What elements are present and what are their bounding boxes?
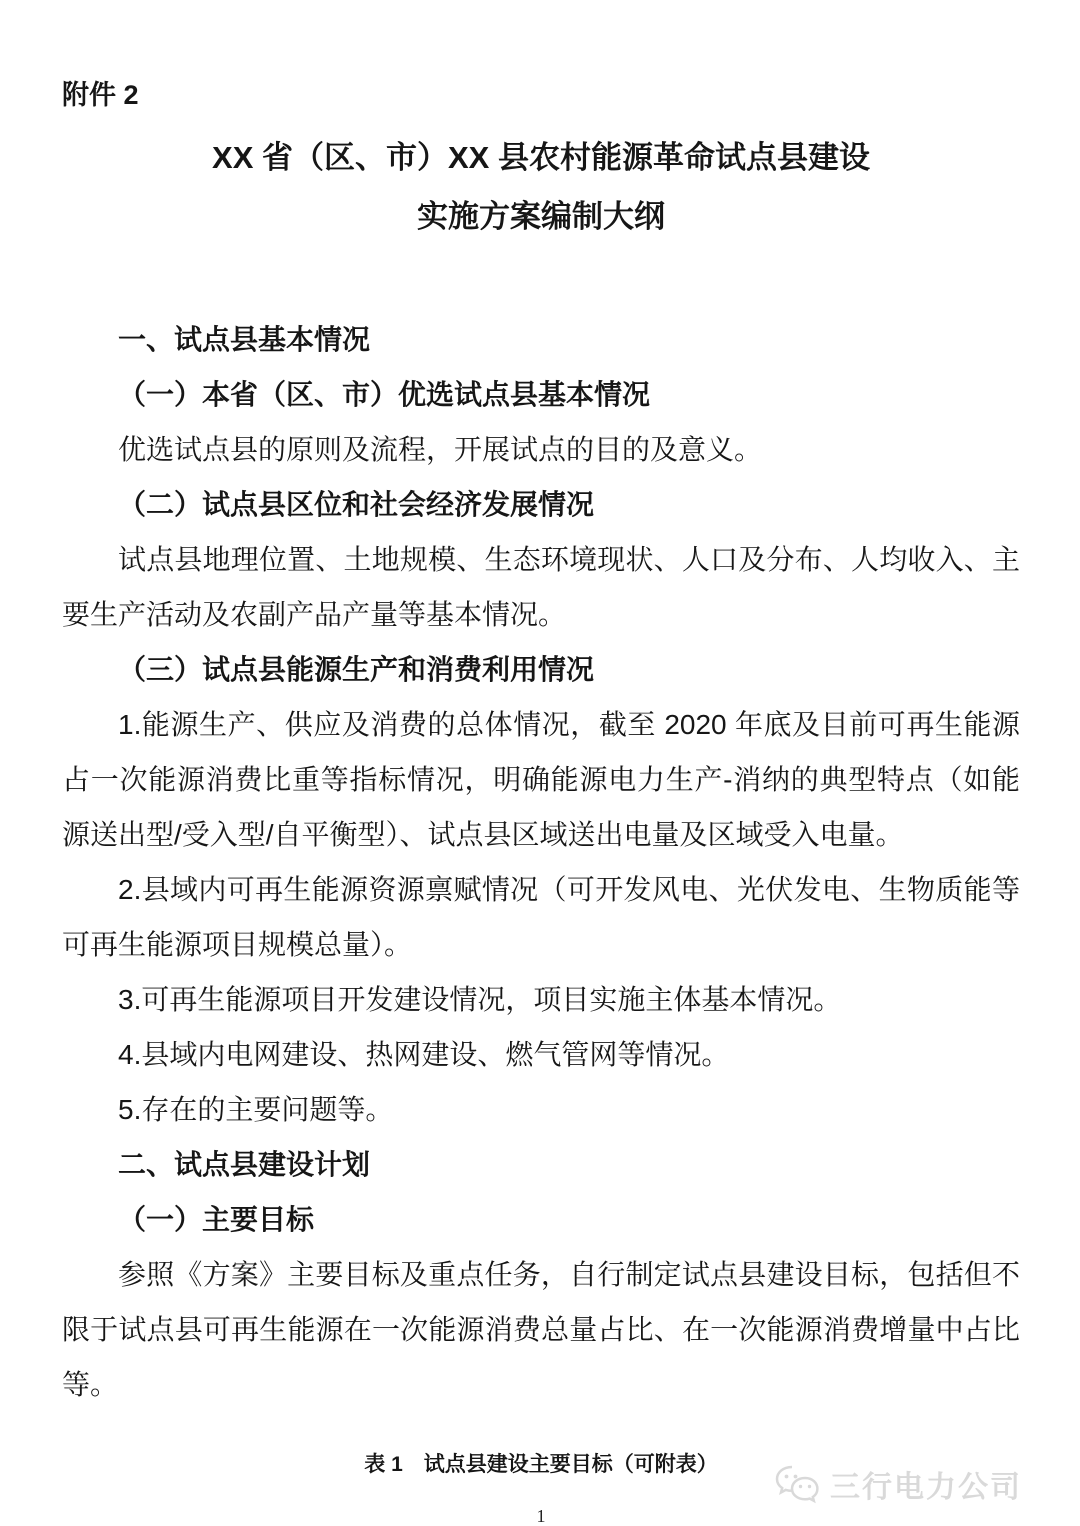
paragraph: 2.县域内可再生能源资源禀赋情况（可开发风电、光伏发电、生物质能等可再生能源项目… — [62, 862, 1020, 972]
section-heading: 二、试点县建设计划 — [62, 1137, 1020, 1192]
paragraph: 参照《方案》主要目标及重点任务，自行制定试点县建设目标，包括但不限于试点县可再生… — [62, 1247, 1020, 1412]
doc-title-line2: 实施方案编制大纲 — [62, 187, 1020, 246]
section-heading: （一）主要目标 — [62, 1192, 1020, 1247]
attachment-label: 附件 2 — [62, 74, 1020, 116]
document-page: 附件 2 XX 省（区、市）XX 县农村能源革命试点县建设 实施方案编制大纲 一… — [0, 0, 1080, 1526]
paragraph: 5.存在的主要问题等。 — [62, 1082, 1020, 1137]
paragraph: 4.县域内电网建设、热网建设、燃气管网等情况。 — [62, 1027, 1020, 1082]
wechat-icon — [774, 1464, 820, 1504]
page-number: 1 — [62, 1506, 1020, 1526]
title-block: XX 省（区、市）XX 县农村能源革命试点县建设 实施方案编制大纲 — [62, 128, 1020, 246]
paragraph: 3.可再生能源项目开发建设情况，项目实施主体基本情况。 — [62, 972, 1020, 1027]
document-body: 一、试点县基本情况（一）本省（区、市）优选试点县基本情况优选试点县的原则及流程，… — [62, 312, 1020, 1412]
section-heading: 一、试点县基本情况 — [62, 312, 1020, 367]
watermark-text: 三行电力公司 — [830, 1462, 1022, 1506]
paragraph: 优选试点县的原则及流程，开展试点的目的及意义。 — [62, 422, 1020, 477]
watermark: 三行电力公司 — [774, 1462, 1022, 1506]
section-heading: （三）试点县能源生产和消费利用情况 — [62, 642, 1020, 697]
paragraph: 1.能源生产、供应及消费的总体情况，截至 2020 年底及目前可再生能源占一次能… — [62, 697, 1020, 862]
section-heading: （二）试点县区位和社会经济发展情况 — [62, 477, 1020, 532]
doc-title-line1: XX 省（区、市）XX 县农村能源革命试点县建设 — [62, 128, 1020, 187]
section-heading: （一）本省（区、市）优选试点县基本情况 — [62, 367, 1020, 422]
paragraph: 试点县地理位置、土地规模、生态环境现状、人口及分布、人均收入、主要生产活动及农副… — [62, 532, 1020, 642]
